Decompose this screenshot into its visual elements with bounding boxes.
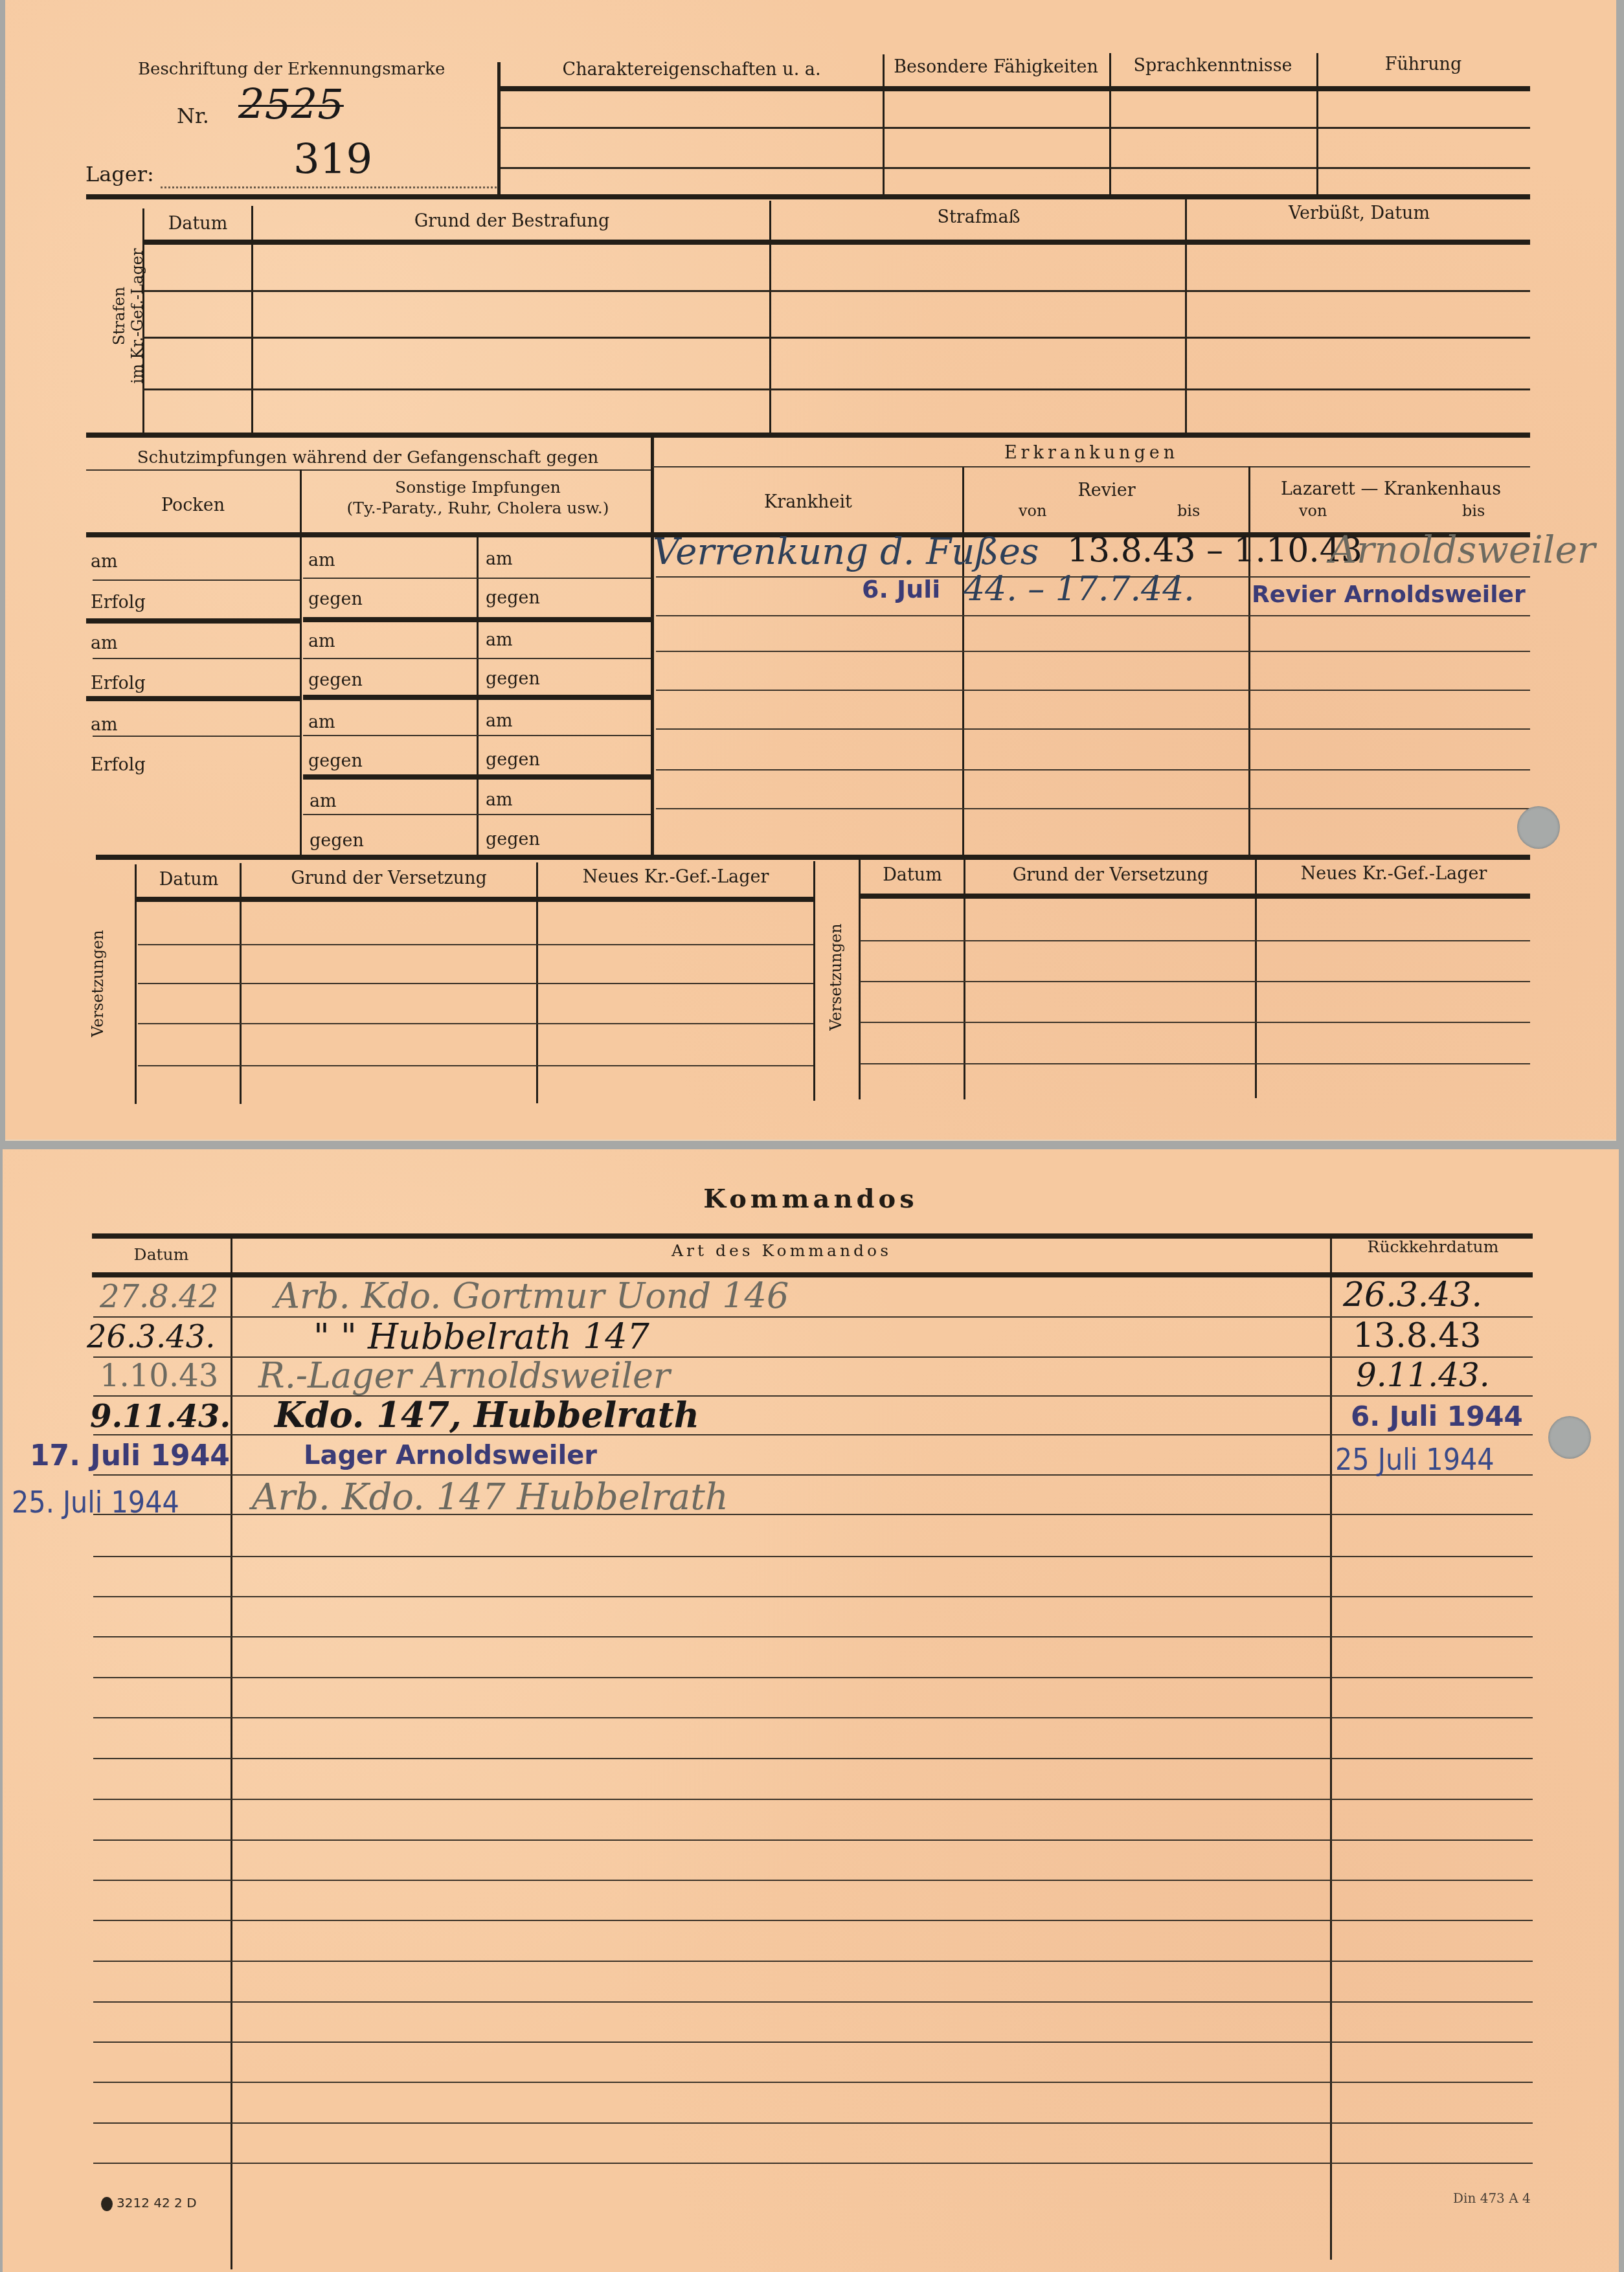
- transfers-side-label-right: Versetzungen: [827, 896, 845, 1058]
- pocken-erfolg-3: Erfolg: [91, 755, 146, 775]
- transfer-left-header-date: Datum: [138, 870, 240, 890]
- table-row-line: [656, 728, 1530, 730]
- divider: [501, 86, 1530, 91]
- divider: [962, 467, 964, 856]
- divider: [92, 1233, 1533, 1239]
- transfer-right-header-reason: Grund der Versetzung: [966, 865, 1255, 885]
- other-am-2a: am: [308, 631, 335, 651]
- other-gegen-2b: gegen: [486, 669, 540, 689]
- divider: [813, 861, 815, 1101]
- other-am-4b: am: [486, 790, 513, 810]
- table-row-line: [303, 735, 651, 736]
- header-character: Charaktereigenschaften u. a.: [501, 60, 883, 80]
- other-am-1b: am: [486, 549, 513, 569]
- kdo-row6-date-stamp: 25. Juli 1944: [12, 1485, 179, 1520]
- table-row-line: [93, 2082, 1533, 2083]
- kdo-row5-return-stamp: 25 Juli 1944: [1335, 1442, 1494, 1477]
- table-row-line: [860, 1063, 1530, 1064]
- print-code-text: 3212 42 2 D: [117, 2195, 197, 2210]
- vaccinations-title: Schutzimpfungen während der Gefangenscha…: [83, 448, 653, 467]
- table-row-line: [303, 617, 651, 622]
- table-row-line: [656, 769, 1530, 770]
- lager-label: Lager:: [85, 162, 154, 186]
- table-row-line: [93, 2122, 1533, 2124]
- illness-1-name: Verrenkung d. Fußes: [653, 531, 1039, 573]
- form-back-sheet: Kommandos Datum Art des Kommandos Rückke…: [3, 1149, 1619, 2272]
- divider: [859, 894, 1530, 899]
- table-row-line: [656, 651, 1530, 652]
- kdo-row2-date: 26.3.43.: [87, 1319, 215, 1355]
- table-row-line: [93, 1677, 1533, 1678]
- kdo-row5-type-stamp: Lager Arnoldsweiler: [304, 1441, 597, 1470]
- table-row-line: [93, 2041, 1533, 2043]
- punch-hole: [1548, 1416, 1591, 1459]
- table-row-line: [501, 167, 1530, 169]
- header-other-vacc-2: (Ty.-Paraty., Ruhr, Cholera usw.): [303, 499, 653, 517]
- form-front-sheet: Beschriftung der Erkennungsmarke Nr. 252…: [5, 0, 1616, 1141]
- section-divider: [96, 855, 1530, 860]
- table-row-line: [93, 736, 300, 737]
- other-am-1a: am: [308, 550, 335, 570]
- table-row-line: [303, 658, 651, 659]
- pocken-am-3: am: [91, 715, 118, 735]
- other-am-3a: am: [308, 712, 335, 732]
- table-row-line: [93, 1596, 1533, 1597]
- transfer-right-header-camp: Neues Kr.-Gef.-Lager: [1257, 864, 1530, 884]
- header-hospital: Lazarett — Krankenhaus: [1252, 479, 1530, 499]
- illness-1-hospital: Arnoldsweiler: [1329, 528, 1595, 572]
- header-sickbay: Revier: [965, 480, 1248, 501]
- nr-value-struck: 2525: [238, 81, 344, 129]
- other-am-4a: am: [310, 791, 337, 811]
- kdo-row1-type: Arb. Kdo. Gortmur Uond 146: [275, 1276, 789, 1316]
- table-row-line: [93, 1316, 1533, 1318]
- kdo-row3-type: R.-Lager Arnoldsweiler: [258, 1355, 670, 1396]
- kommandos-header-date: Datum: [93, 1245, 229, 1264]
- table-row-line: [93, 658, 300, 659]
- table-row-line: [142, 388, 1530, 390]
- divider: [135, 897, 813, 902]
- divider: [1185, 198, 1187, 435]
- punch-hole: [1517, 806, 1560, 849]
- table-row-line: [142, 290, 1530, 292]
- header-reason: Grund der Bestrafung: [254, 211, 769, 231]
- kommandos-title: Kommandos: [3, 1184, 1619, 1214]
- divider: [769, 201, 771, 435]
- header-conduct: Führung: [1316, 54, 1530, 74]
- divider: [1330, 1233, 1332, 2260]
- other-gegen-2a: gegen: [308, 670, 363, 690]
- table-row-line: [303, 578, 651, 579]
- section-divider: [86, 433, 1530, 438]
- divider: [1248, 466, 1250, 856]
- kdo-row4-type: Kdo. 147, Hubbelrath: [275, 1394, 699, 1435]
- divider: [86, 469, 653, 471]
- illness-2-sickbay: 44. – 17.7.44.: [964, 570, 1195, 609]
- table-row-line: [656, 808, 1530, 809]
- table-row-line: [93, 1799, 1533, 1800]
- illness-1-sickbay: 13.8.43 – 1.10.43: [1067, 531, 1362, 570]
- table-row-line: [86, 618, 300, 624]
- table-row-line: [142, 337, 1530, 339]
- kdo-row2-type: " " Hubbelrath 147: [313, 1316, 649, 1357]
- divider: [300, 469, 302, 858]
- header-sickbay-to: bis: [1177, 502, 1200, 520]
- illnesses-title: Erkrankungen: [653, 443, 1530, 463]
- pocken-erfolg-2: Erfolg: [91, 673, 146, 693]
- kdo-row4-return-stamp: 6. Juli 1944: [1351, 1400, 1523, 1432]
- table-row-line: [93, 2001, 1533, 2003]
- divider: [142, 240, 1530, 245]
- pocken-erfolg-1: Erfolg: [91, 592, 146, 613]
- id-tag-title: Beschriftung der Erkennungsmarke: [138, 60, 445, 79]
- divider: [1316, 53, 1318, 194]
- other-am-2b: am: [486, 630, 513, 650]
- table-row-line: [93, 1880, 1533, 1881]
- printer-logo-icon: [101, 2197, 113, 2211]
- other-gegen-3b: gegen: [486, 750, 540, 770]
- table-row-line: [303, 695, 651, 700]
- other-gegen-1b: gegen: [486, 588, 540, 608]
- table-row-line: [860, 981, 1530, 982]
- kommandos-header-return: Rückkehrdatum: [1333, 1237, 1533, 1256]
- kdo-row3-date: 1.10.43: [100, 1358, 218, 1394]
- transfer-right-header-date: Datum: [861, 865, 964, 885]
- header-served: Verbüßt, Datum: [1188, 203, 1530, 223]
- header-penalty: Strafmaß: [773, 207, 1185, 227]
- nr-value: 319: [293, 136, 372, 184]
- table-row-line: [303, 774, 651, 780]
- table-row-line: [86, 696, 300, 701]
- kdo-row1-date: 27.8.42: [100, 1279, 218, 1315]
- table-row-line: [138, 1023, 813, 1024]
- header-languages: Sprachkenntnisse: [1109, 56, 1316, 76]
- table-row-line: [93, 1556, 1533, 1557]
- table-row-line: [93, 2163, 1533, 2164]
- kdo-row4-date: 9.11.43.: [90, 1399, 231, 1435]
- divider: [1109, 53, 1111, 194]
- print-code: 3212 42 2 D: [101, 2195, 197, 2211]
- pocken-am-1: am: [91, 552, 118, 572]
- section-divider: [86, 194, 1530, 199]
- divider: [497, 62, 501, 197]
- table-row-line: [93, 1758, 1533, 1759]
- punishments-side-label: Strafen im Kr.-Gef.-Lager: [110, 219, 146, 413]
- table-row-line: [93, 1717, 1533, 1718]
- other-gegen-3a: gegen: [308, 751, 363, 771]
- table-row-line: [860, 1022, 1530, 1023]
- table-row-line: [93, 1839, 1533, 1841]
- table-row-line: [93, 1961, 1533, 1962]
- header-pocken: Pocken: [86, 495, 300, 515]
- other-gegen-4b: gegen: [486, 829, 540, 849]
- table-row-line: [138, 983, 813, 984]
- illness-2-stamp-date: 6. Juli: [862, 575, 940, 603]
- kdo-row6-return: [1333, 1485, 1527, 1504]
- table-row-line: [656, 690, 1530, 691]
- header-hospital-to: bis: [1462, 502, 1485, 520]
- transfer-left-header-reason: Grund der Versetzung: [242, 868, 536, 888]
- table-row-line: [138, 1065, 813, 1066]
- transfers-side-label-left: Versetzungen: [89, 903, 107, 1064]
- table-row-line: [93, 1920, 1533, 1921]
- transfer-left-header-camp: Neues Kr.-Gef.-Lager: [538, 867, 813, 887]
- header-other-vacc-1: Sonstige Impfungen: [303, 478, 653, 497]
- header-skills: Besondere Fähigkeiten: [883, 57, 1109, 77]
- table-row-line: [501, 127, 1530, 129]
- table-row-line: [93, 579, 300, 581]
- other-gegen-4a: gegen: [310, 831, 364, 851]
- other-am-3b: am: [486, 711, 513, 731]
- din-label: Din 473 A 4: [1453, 2190, 1531, 2206]
- kommandos-header-type: Art des Kommandos: [233, 1241, 1330, 1260]
- kdo-row1-return: 26.3.43.: [1343, 1276, 1482, 1314]
- divider: [883, 54, 885, 196]
- divider: [653, 466, 1530, 467]
- side-label-line1: Strafen: [110, 219, 128, 413]
- kdo-row6-type: Arb. Kdo. 147 Hubbelrath: [252, 1476, 728, 1518]
- table-row-line: [303, 814, 651, 815]
- table-row-line: [656, 615, 1530, 616]
- illness-2-stamp-place: Revier Arnoldsweiler: [1252, 581, 1526, 608]
- header-datum: Datum: [144, 214, 251, 234]
- kdo-row2-return: 13.8.43: [1353, 1316, 1481, 1355]
- divider: [231, 1237, 232, 2269]
- kdo-row5-date-stamp: 17. Juli 1944: [30, 1439, 230, 1472]
- header-sickbay-from: von: [1019, 502, 1046, 520]
- table-row-line: [93, 1636, 1533, 1637]
- lager-field: [161, 186, 501, 188]
- header-hospital-from: von: [1299, 502, 1327, 520]
- table-row-line: [93, 1474, 1533, 1476]
- nr-label: Nr.: [177, 104, 209, 128]
- other-gegen-1a: gegen: [308, 589, 363, 609]
- header-illness: Krankheit: [656, 492, 960, 512]
- kdo-row3-return: 9.11.43.: [1356, 1356, 1490, 1394]
- pocken-am-2: am: [91, 633, 118, 653]
- table-row-line: [860, 940, 1530, 941]
- table-row-line: [138, 944, 813, 945]
